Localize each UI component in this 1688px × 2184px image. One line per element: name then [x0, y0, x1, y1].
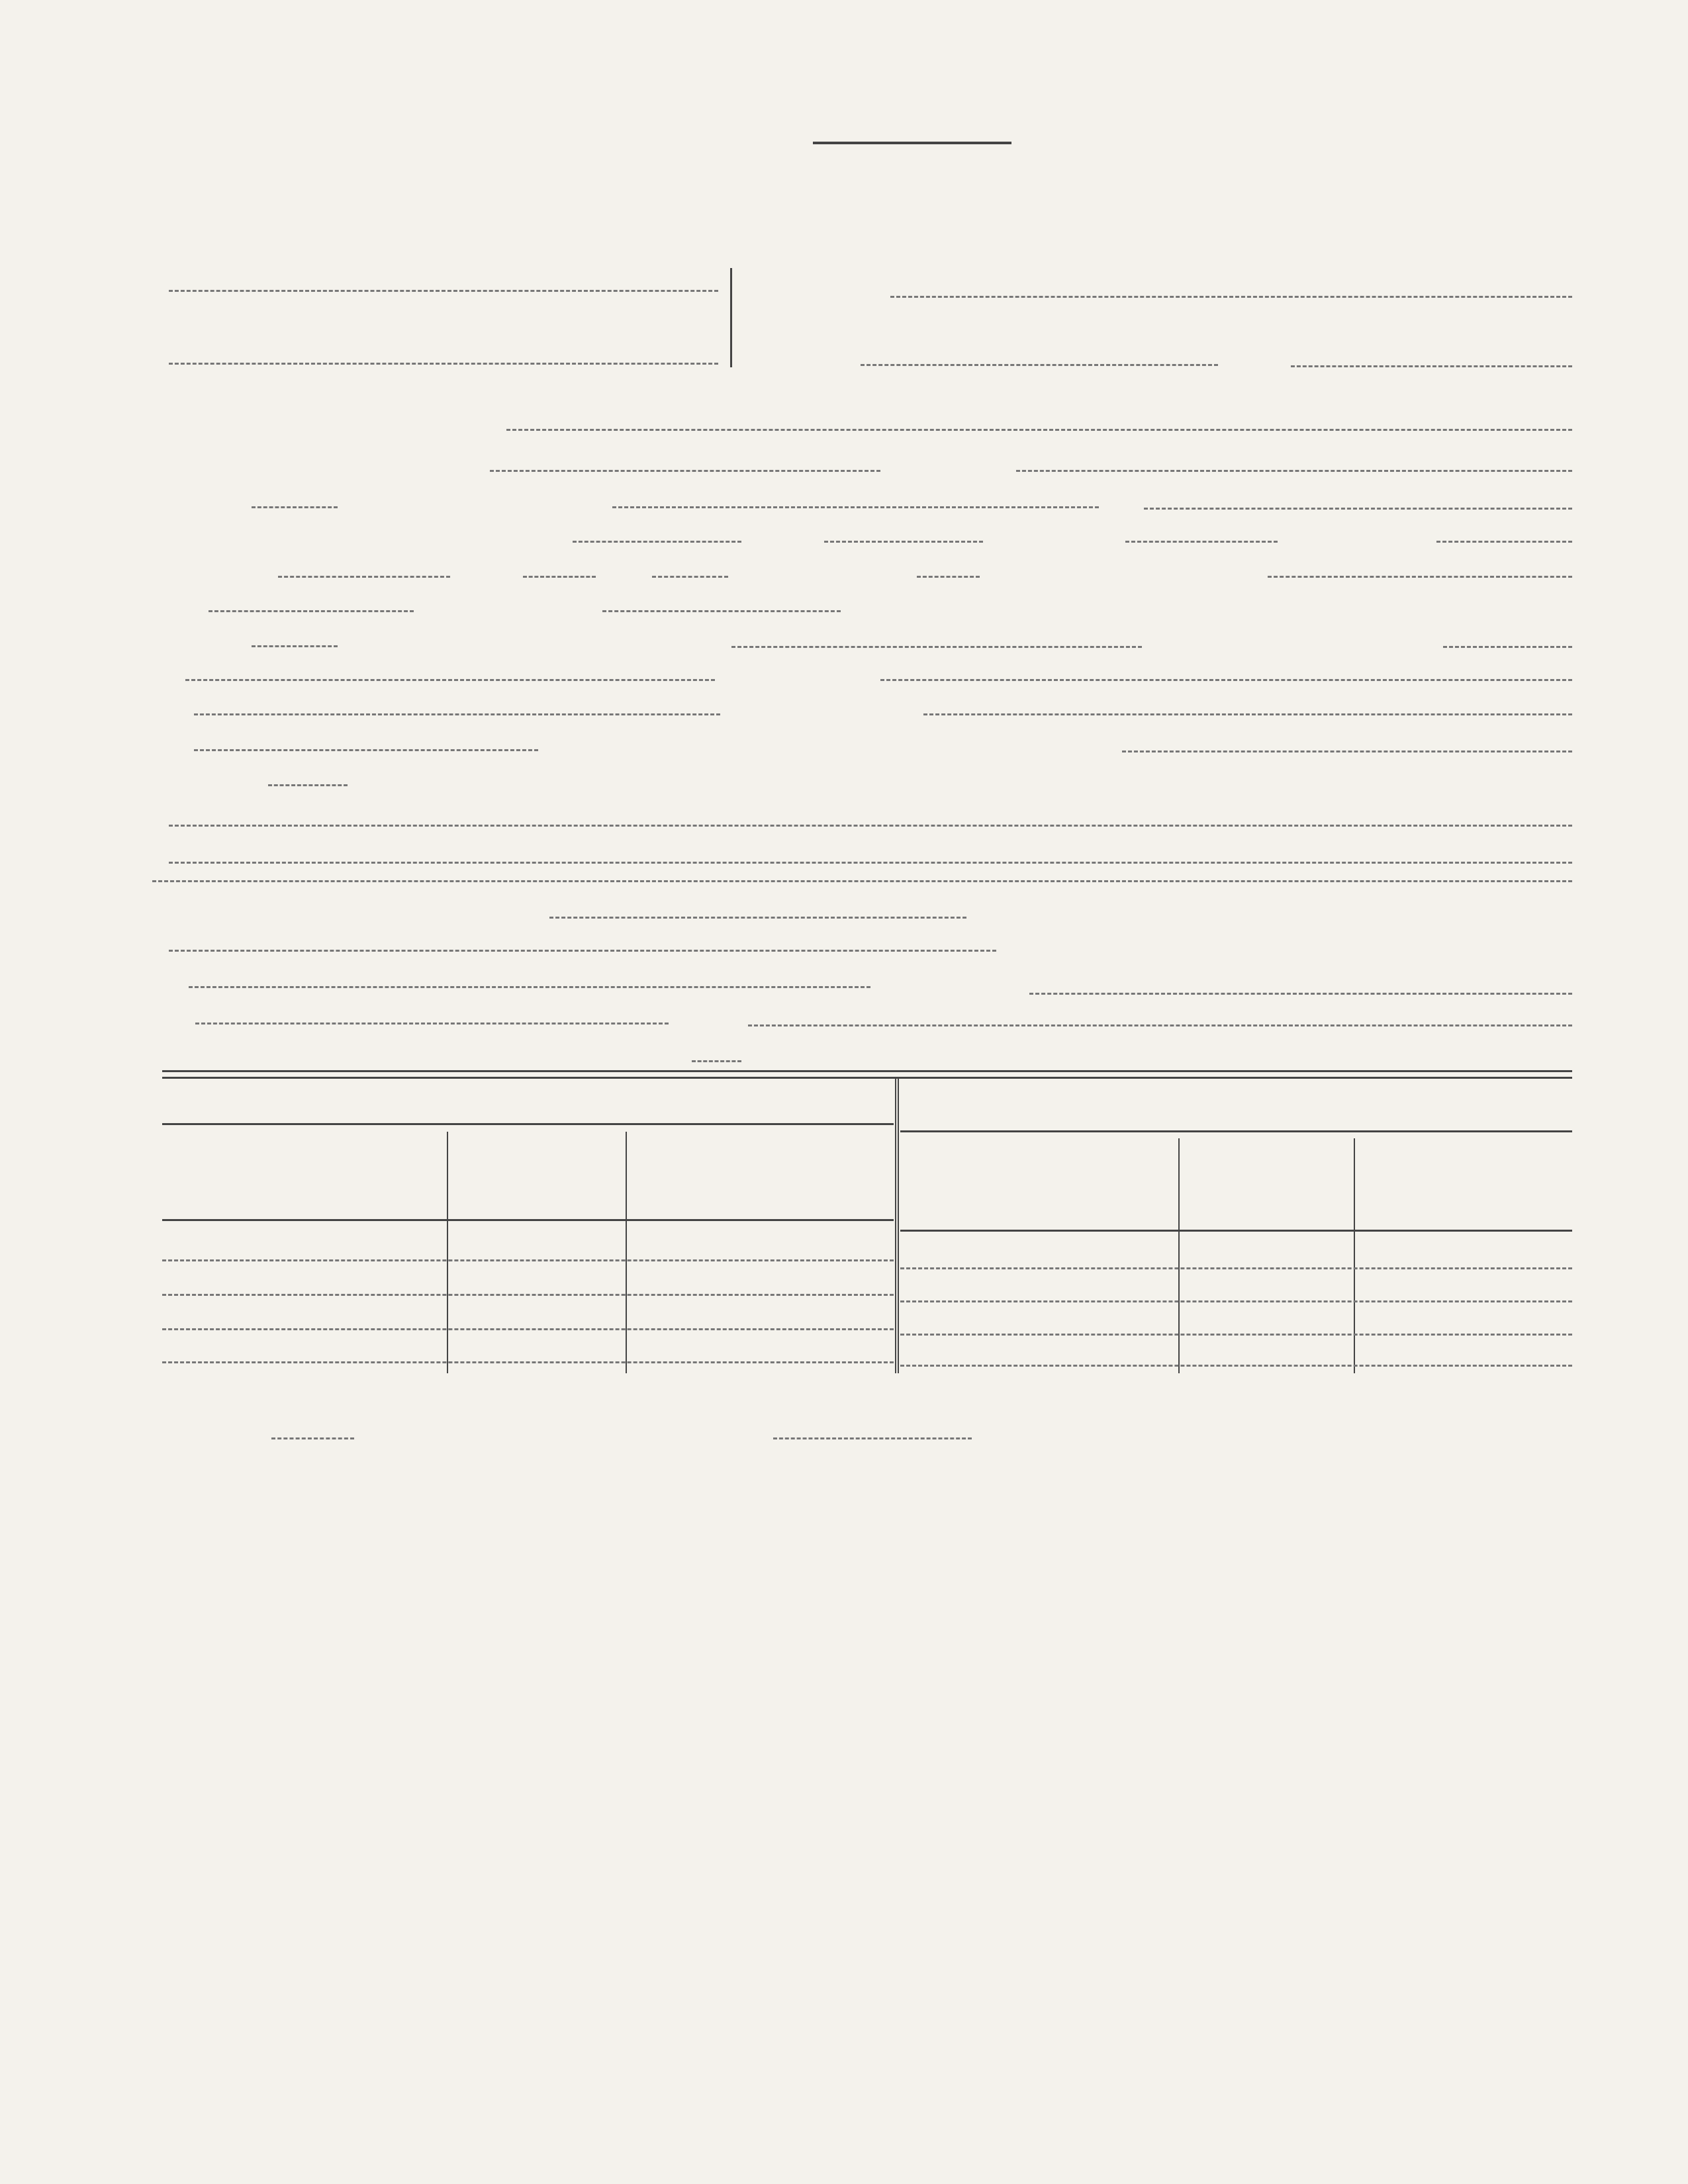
q5-place-rule [1144, 508, 1572, 510]
departed-header-rule [162, 1219, 894, 1221]
departed-col-divider-2 [626, 1132, 627, 1373]
court-name-rule [890, 296, 1572, 298]
q10-rule [169, 950, 996, 952]
weight-rule [917, 576, 980, 578]
table-center-divider-2 [898, 1079, 899, 1373]
spouse-resides-rule [1122, 751, 1572, 752]
nationality-rule [602, 610, 841, 612]
title-rule [813, 142, 1011, 144]
height-inches-rule [652, 576, 728, 578]
table-row[interactable] [162, 1259, 894, 1261]
children-line-1-rule [169, 825, 1572, 827]
table-row[interactable] [900, 1300, 1572, 1302]
at-value-rule [1291, 365, 1572, 367]
q11-port-rule [189, 986, 870, 988]
table-top-rule-2 [162, 1077, 1572, 1079]
sex-rule [573, 541, 741, 543]
q3-rule [1016, 470, 1572, 472]
children-count-rule [268, 784, 348, 786]
hair-rule [278, 576, 450, 578]
table-row[interactable] [900, 1365, 1572, 1367]
venue-line-1-rule [169, 290, 718, 292]
venue-line-2-rule [169, 363, 718, 365]
marks-rule [1268, 576, 1572, 578]
complexion-rule [1125, 541, 1278, 543]
returned-col-divider-2 [1354, 1138, 1355, 1373]
table-row[interactable] [162, 1328, 894, 1330]
q13-value-rule [271, 1437, 354, 1439]
table-row[interactable] [162, 1361, 894, 1363]
returned-col-divider-1 [1178, 1138, 1180, 1373]
spouse-entered-on-rule [194, 749, 538, 751]
returned-header-rule [900, 1230, 1572, 1232]
children-line-3-rule [152, 880, 1572, 882]
q1-rule [506, 429, 1572, 431]
q11-vessel-rule [748, 1024, 1572, 1026]
of-value-rule [861, 364, 1218, 366]
q11-under-rule [1029, 993, 1572, 995]
q11-on-rule [195, 1023, 669, 1024]
married-at-rule [185, 679, 715, 681]
spouse-born-on-rule [194, 713, 720, 715]
spouse-rule [731, 646, 1142, 648]
q4-rule [252, 506, 338, 508]
table-row[interactable] [900, 1267, 1572, 1269]
departed-col-divider-1 [447, 1132, 448, 1373]
departed-title-rule [162, 1123, 894, 1125]
eyes-rule [1436, 541, 1572, 543]
q5-rule [612, 506, 1099, 508]
table-center-divider [895, 1079, 896, 1373]
race-rule [209, 610, 414, 612]
spouse-entered-rule [923, 713, 1572, 715]
table-row[interactable] [900, 1334, 1572, 1336]
table-row[interactable] [162, 1294, 894, 1296]
height-feet-rule [523, 576, 596, 578]
q12-rule [692, 1060, 741, 1062]
children-line-2-rule [169, 862, 1572, 864]
returned-title-rule [900, 1130, 1572, 1132]
spouse-born-rule [880, 679, 1572, 681]
q7-married-rule [252, 645, 338, 647]
color-rule [824, 541, 983, 543]
venue-brace [730, 268, 732, 367]
married-on-rule [1443, 646, 1572, 648]
q9-rule [549, 917, 966, 919]
q2-rule [490, 470, 880, 472]
table-top-rule-1 [162, 1070, 1572, 1072]
q13-number-rule [773, 1437, 972, 1439]
